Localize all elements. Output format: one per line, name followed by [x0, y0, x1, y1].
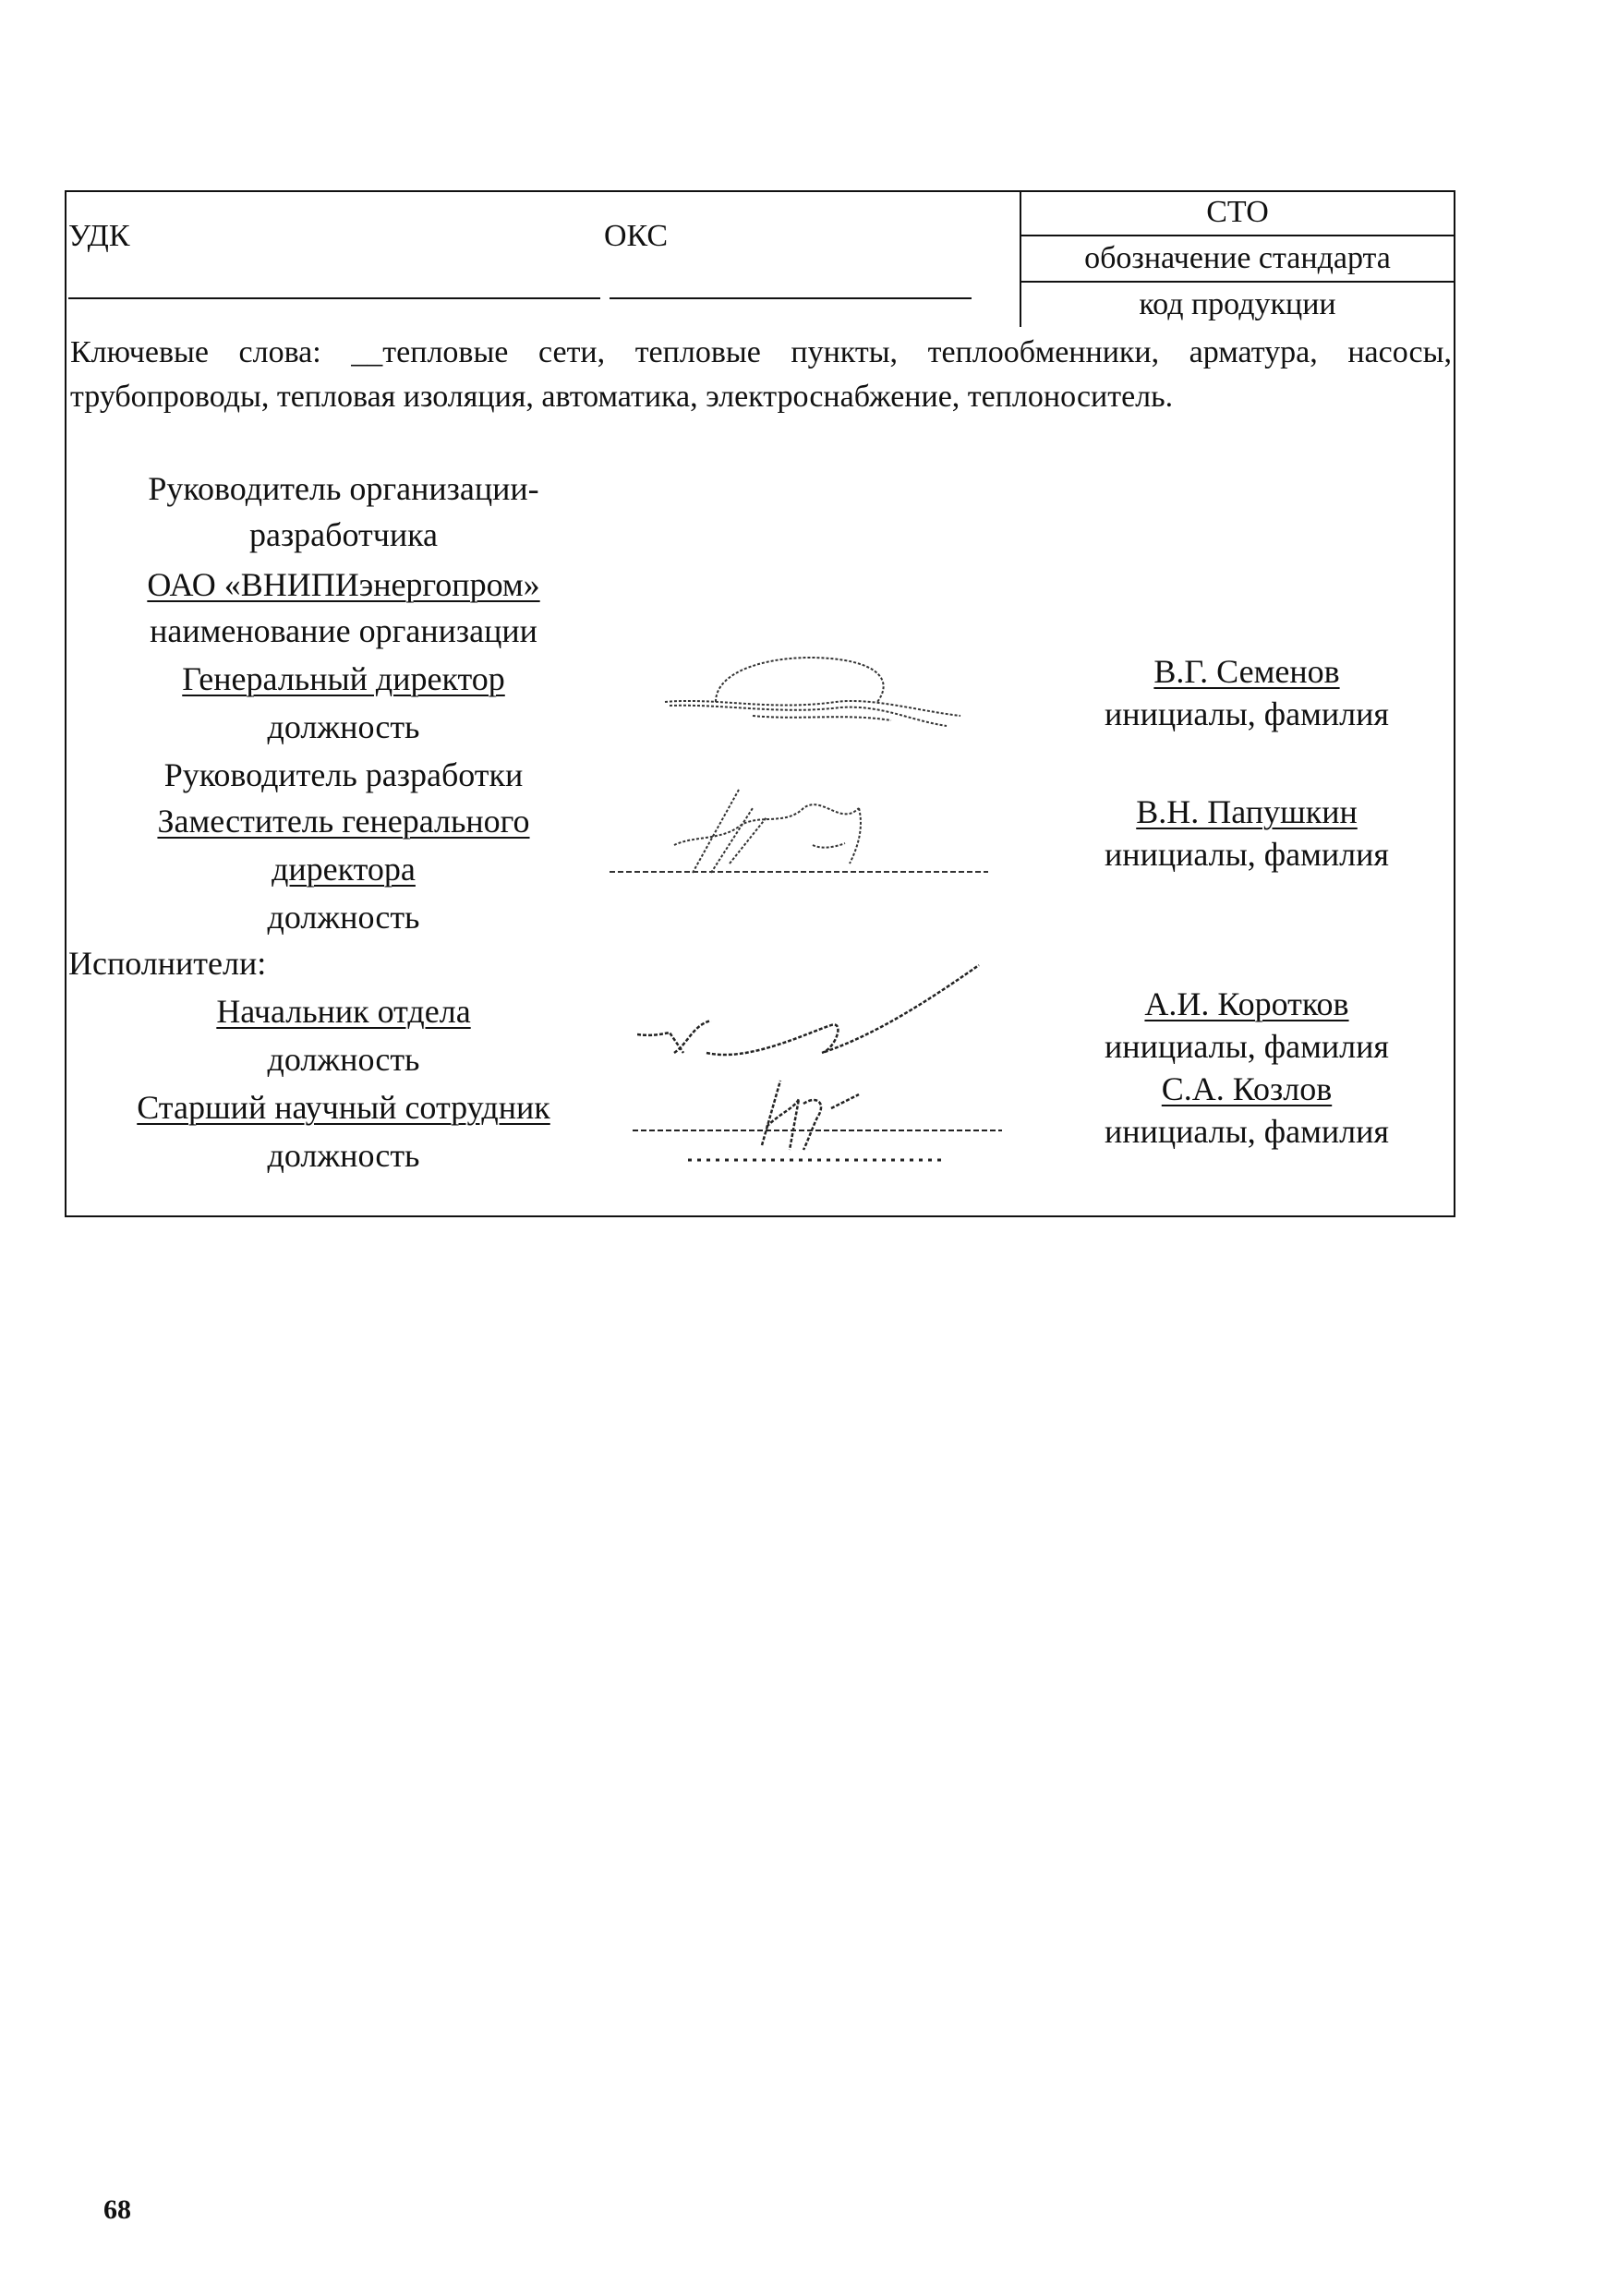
- development-lead-title: Руководитель разработки: [66, 755, 621, 794]
- developer-head-title-line2: разработчика: [66, 515, 621, 554]
- development-lead-position-caption: должность: [66, 898, 621, 937]
- oks-label: ОКС: [604, 218, 668, 255]
- executor-2-person-name: С.А. Козлов: [1162, 1070, 1332, 1107]
- sto-label: СТО: [1020, 190, 1455, 236]
- signature-semenov-icon: [660, 647, 974, 748]
- developer-position: Генеральный директор: [182, 660, 505, 697]
- standard-designation-label: обозначение стандарта: [1020, 236, 1455, 283]
- organization-caption: наименование организации: [66, 611, 621, 650]
- development-lead-person-caption: инициалы, фамилия: [1044, 835, 1450, 874]
- signature-papushkin-icon: [600, 771, 988, 891]
- signature-korotkov-icon: [637, 961, 988, 1071]
- development-lead-position-line2: директора: [272, 851, 416, 888]
- executor-2-position: Старший научный сотрудник: [137, 1089, 549, 1126]
- executor-1-person-name: А.И. Коротков: [1144, 985, 1348, 1022]
- executors-title: Исполнители:: [68, 944, 266, 983]
- executor-2-person-caption: инициалы, фамилия: [1044, 1112, 1450, 1151]
- sto-box: СТО обозначение стандарта код продукции: [1020, 190, 1455, 327]
- developer-head-title-line1: Руководитель организации-: [66, 469, 621, 508]
- signature-kozlov-icon: [633, 1062, 1002, 1164]
- page-number: 68: [103, 2194, 131, 2226]
- executor-1-position: Начальник отдела: [216, 993, 470, 1030]
- udk-label: УДК: [68, 218, 130, 255]
- developer-person-caption: инициалы, фамилия: [1044, 695, 1450, 733]
- executor-1-position-caption: должность: [66, 1040, 621, 1079]
- developer-position-caption: должность: [66, 707, 621, 746]
- developer-person-name: В.Г. Семенов: [1153, 653, 1339, 690]
- executor-1-person-caption: инициалы, фамилия: [1044, 1027, 1450, 1066]
- development-lead-person-name: В.Н. Папушкин: [1136, 793, 1358, 830]
- development-lead-position-line1: Заместитель генерального: [157, 803, 529, 840]
- oks-field-line: [610, 297, 972, 299]
- keywords-label: Ключевые слова:: [70, 335, 321, 369]
- developer-organization: ОАО «ВНИПИэнергопром»: [147, 566, 539, 603]
- product-code-label: код продукции: [1020, 283, 1455, 327]
- executor-2-position-caption: должность: [66, 1136, 621, 1175]
- udk-field-line: [68, 297, 600, 299]
- keywords-block: Ключевые слова: __тепловые сети, тепловы…: [70, 331, 1452, 419]
